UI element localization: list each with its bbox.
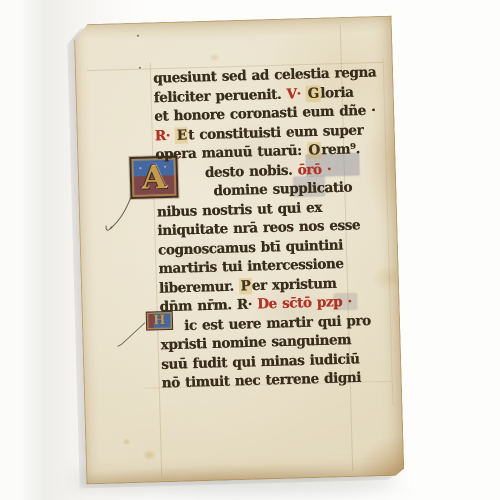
script-text: dn̄m nr̄m. R·	[159, 296, 257, 315]
photo-of-manuscript-leaf: A H quesiunt sed ad celestia regnafelici…	[0, 0, 500, 500]
rubric-text: V·	[286, 85, 301, 102]
script-text: desto nobis.	[205, 162, 298, 181]
script-text: liberemur.	[159, 278, 239, 297]
rubric-text: R·	[155, 127, 171, 144]
rubric-text: ōrō ·	[297, 161, 331, 178]
script-text: domine supplicatio	[213, 179, 352, 199]
initial-a-flourish	[105, 196, 132, 230]
script-text: er xpristum	[252, 275, 337, 294]
manuscript-leaf: A H quesiunt sed ad celestia regnafelici…	[74, 16, 405, 485]
script-text: nō timuit nec terrene digni	[161, 370, 361, 392]
script-text: G	[306, 85, 321, 102]
script-text: E	[175, 127, 188, 144]
script-text: O	[307, 142, 322, 159]
script-text: feliciter peruenit.	[153, 86, 286, 106]
script-text: loria	[320, 84, 354, 101]
rubric-text: De sc̄tō pzp ·	[257, 294, 352, 313]
ink-speck	[110, 227, 112, 229]
ink-speck	[139, 67, 141, 69]
script-text: opera manuū tuarū:	[155, 142, 307, 163]
script-text: rem⁹.	[321, 141, 360, 159]
initial-h-flourish	[117, 323, 146, 347]
text-block: quesiunt sed ad celestia regnafeliciter …	[153, 63, 398, 393]
script-text: P	[239, 277, 252, 294]
ink-speck	[137, 35, 139, 37]
